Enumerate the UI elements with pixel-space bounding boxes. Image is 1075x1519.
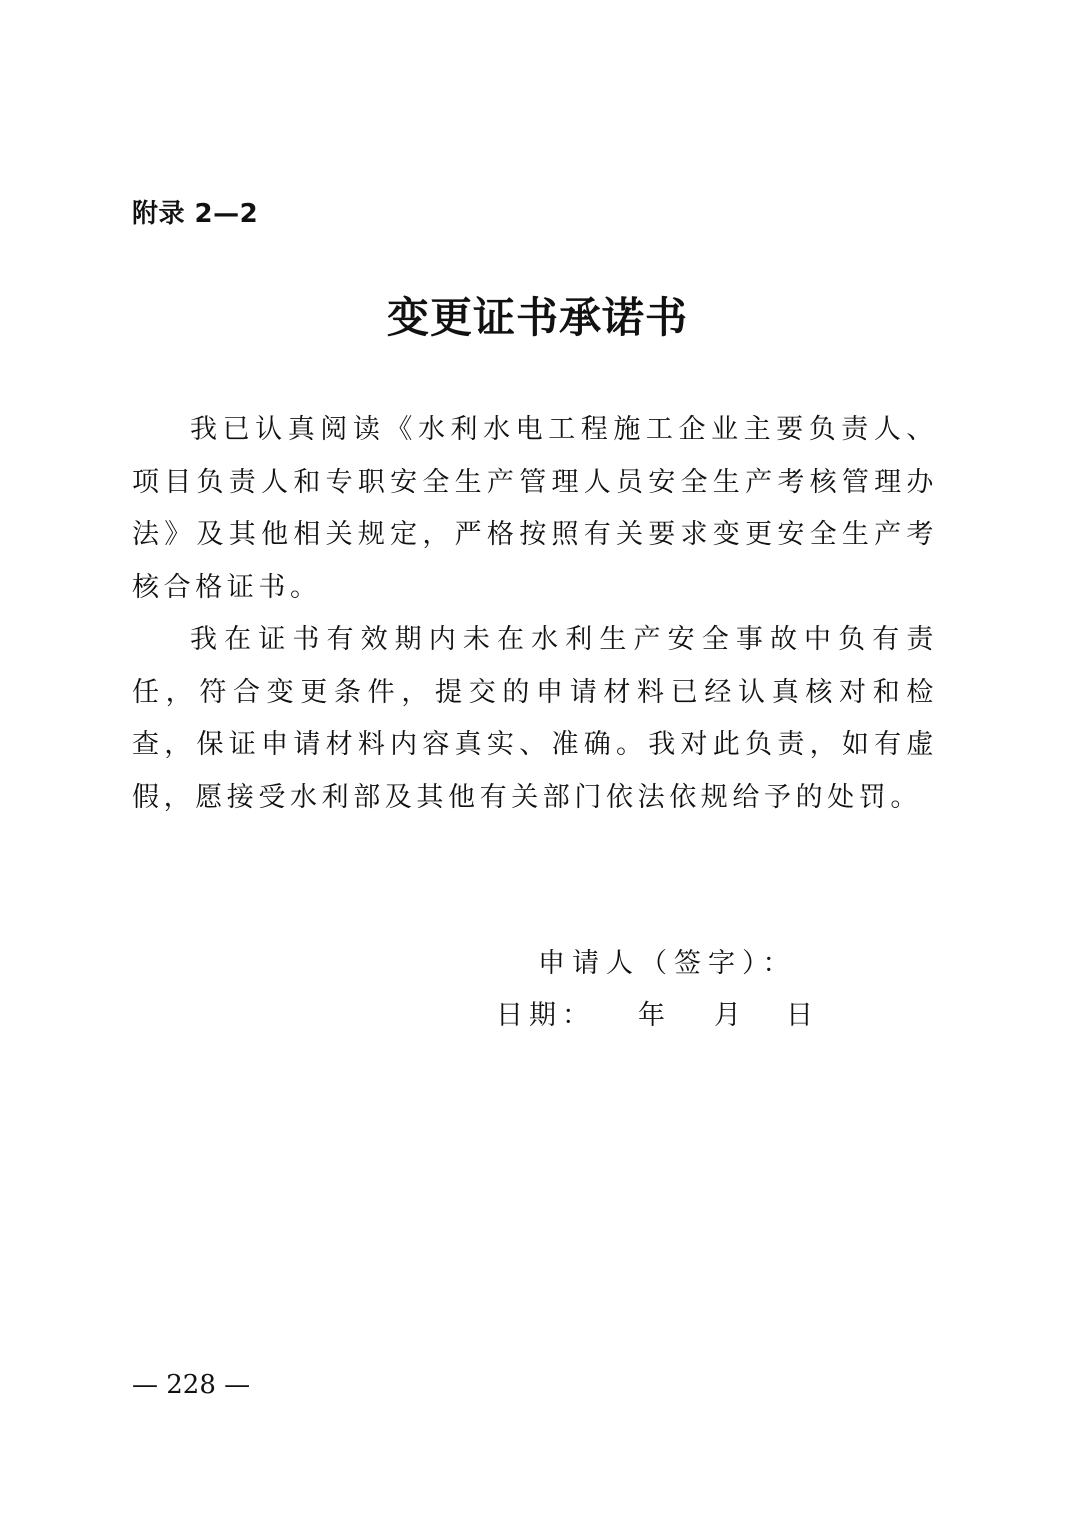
- appendix-label: 附录 2—2: [132, 196, 258, 232]
- month-label: 月: [714, 996, 741, 1036]
- document-title: 变更证书承诺书: [0, 290, 1075, 346]
- applicant-signature-label: 申请人（签字）：: [538, 944, 797, 984]
- document-body: 我已认真阅读《水利水电工程施工企业主要负责人、项目负责人和专职安全生产管理人员安…: [132, 404, 938, 824]
- day-label: 日: [786, 996, 813, 1036]
- paragraph-1: 我已认真阅读《水利水电工程施工企业主要负责人、项目负责人和专职安全生产管理人员安…: [132, 404, 938, 614]
- paragraph-2: 我在证书有效期内未在水利生产安全事故中负有责任，符合变更条件，提交的申请材料已经…: [132, 614, 938, 824]
- date-line: 日期： 年 月 日: [496, 996, 548, 1236]
- year-label: 年: [638, 996, 665, 1036]
- date-label: 日期：: [496, 996, 595, 1036]
- page-number: — 228 —: [132, 1368, 250, 1402]
